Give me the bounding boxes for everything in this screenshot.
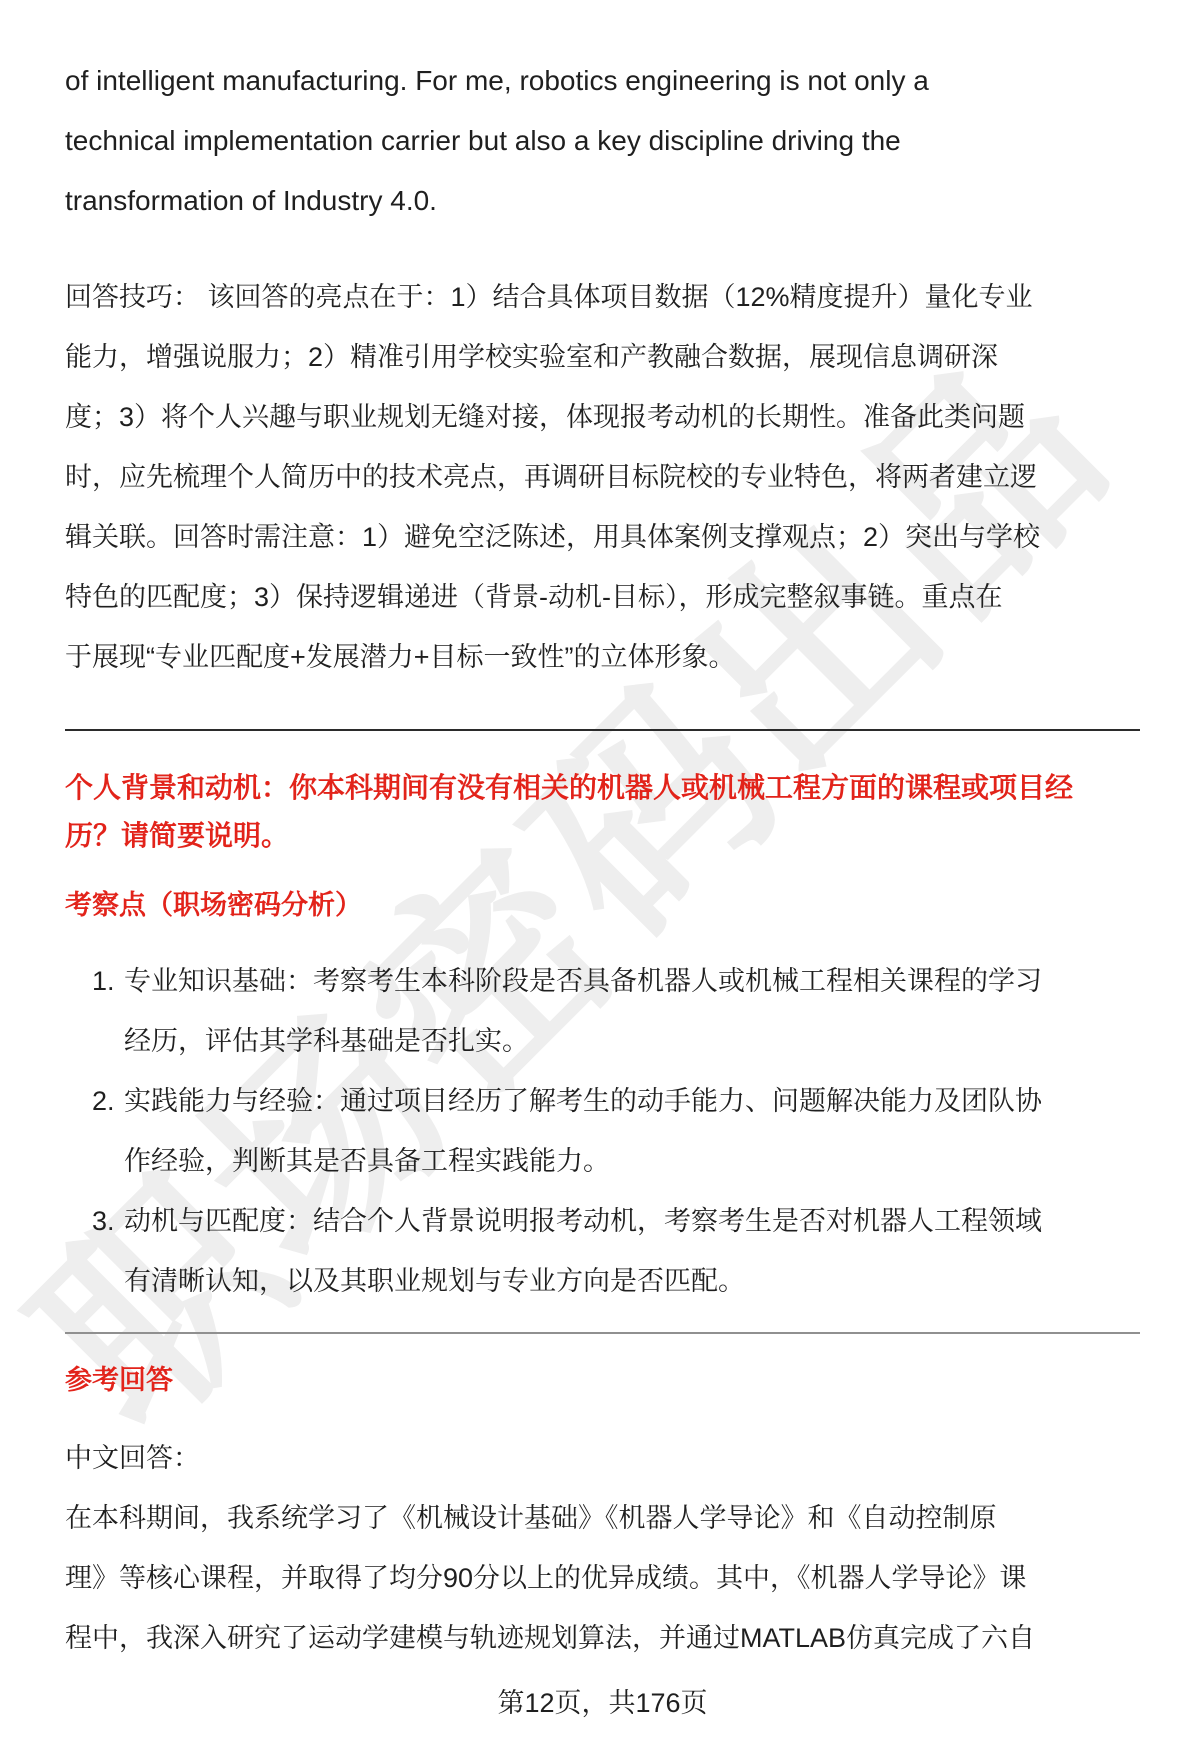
english-paragraph: of intelligent manufacturing. For me, ro… bbox=[65, 51, 1140, 231]
question-heading: 个人背景和动机：你本科期间有没有相关的机器人或机械工程方面的课程或项目经 历？请… bbox=[65, 764, 1140, 860]
page-number: 第12页，共176页 bbox=[65, 1673, 1140, 1733]
analysis-point-item: 动机与匹配度：结合个人背景说明报考动机，考察考生是否对机器人工程领域 有清晰认知… bbox=[122, 1191, 1140, 1311]
analysis-point-item: 专业知识基础：考察考生本科阶段是否具备机器人或机械工程相关课程的学习 经历，评估… bbox=[122, 951, 1140, 1071]
analysis-point-item: 实践能力与经验：通过项目经历了解考生的动手能力、问题解决能力及团队协 作经验，判… bbox=[122, 1071, 1140, 1191]
page-content: of intelligent manufacturing. For me, ro… bbox=[0, 0, 1200, 1733]
document-page: { "page": { "watermark": "职场密码出品", "engl… bbox=[0, 0, 1200, 1755]
section-divider-bottom bbox=[65, 1332, 1140, 1334]
analysis-heading: 考察点（职场密码分析） bbox=[65, 881, 1140, 929]
analysis-points-list: 专业知识基础：考察考生本科阶段是否具备机器人或机械工程相关课程的学习 经历，评估… bbox=[65, 951, 1140, 1311]
answer-tips-paragraph: 回答技巧： 该回答的亮点在于：1）结合具体项目数据（12%精度提升）量化专业 能… bbox=[65, 267, 1140, 687]
section-divider-top bbox=[65, 729, 1140, 731]
chinese-answer-paragraph: 中文回答： 在本科期间，我系统学习了《机械设计基础》《机器人学导论》和《自动控制… bbox=[65, 1428, 1140, 1668]
reference-answer-heading: 参考回答 bbox=[65, 1356, 1140, 1404]
